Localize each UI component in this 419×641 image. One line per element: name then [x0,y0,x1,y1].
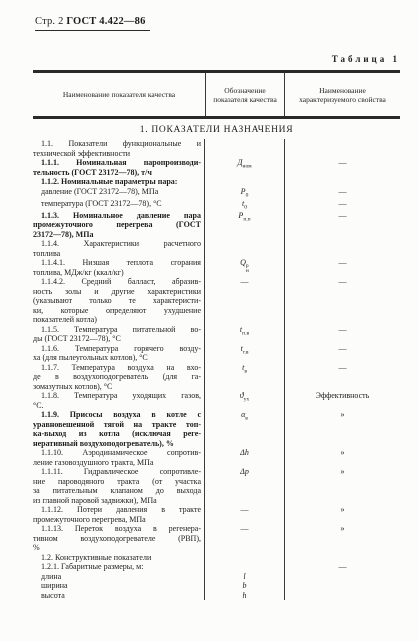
table-row: 1.1.4.1. Низшая теплота сгораниятоплива,… [33,258,400,277]
table-header-row: Наименование показателя качества Обознач… [33,73,400,119]
section-heading: 1. ПОКАЗАТЕЛИ НАЗНАЧЕНИЯ [33,119,400,139]
row-value [285,591,400,601]
row-name: давление (ГОСТ 23172—78), МПа [33,187,205,199]
row-symbol [205,553,285,563]
row-name-line: 1.1.6. Температура горячего возду- [33,344,201,354]
table-row: 1.1.7. Температура воздуха на вхо-де в в… [33,363,400,392]
row-symbol: tп.в [205,325,285,344]
column-header-property-name: Наименование характеризуемого свойства [285,73,400,116]
row-name: 1.1.7. Температура воздуха на вхо-де в в… [33,363,205,392]
row-value: — [285,562,400,572]
row-name-line: 1.1.5. Температура питательной во- [33,325,201,335]
row-name-line: 1.1.2. Номинальные параметры пара: [33,177,201,187]
row-symbol: b [205,581,285,591]
table-row: 1.1.9. Присосы воздуха в котле суравнове… [33,410,400,448]
row-value: — [285,187,400,199]
row-value: » [285,524,400,553]
row-name-line: топлива [33,249,201,259]
row-name-line: ки, которые определяют ухудшение [33,306,201,316]
table-row: ширинаb [33,581,400,591]
row-name: 1.1.11. Гидравлическое сопротивле-ние па… [33,467,205,505]
row-name-line: 23172—78), МПа [33,230,201,240]
row-name-line: 1.2. Конструктивные показатели [33,553,201,563]
row-name-line: де в воздухоподогреватель (для га- [33,372,201,382]
row-name-line: уравновешенной тягой на тракте топ- [33,420,201,430]
row-value [285,553,400,563]
row-name-line: ды (ГОСТ 23172—78), °С [33,334,201,344]
row-name-line: 1.1.8. Температура уходящих газов, [33,391,201,401]
row-name-line: 1.1.13. Переток воздуха в регенера- [33,524,201,534]
row-symbol [205,177,285,187]
row-name-line: 1.1.10. Аэродинамическое сопротив- [33,448,201,458]
row-name-line: ха (для пылеугольных котлов), °С [33,353,201,363]
row-value [285,139,400,158]
row-name-line: зомазутных котлов), °С [33,382,201,392]
row-name-line: неративный воздухоподогреватель), % [33,439,201,449]
row-symbol: — [205,277,285,325]
row-value: » [285,448,400,467]
row-value: — [285,158,400,177]
column-header-indicator-name: Наименование показателя качества [33,73,205,116]
row-name-line: ширина [33,581,201,591]
row-name-line: % [33,543,201,553]
row-value [285,177,400,187]
row-name-line: ление газовоздушного тракта, МПа [33,458,201,468]
row-name: 1.1.13. Переток воздуха в регенера-тивно… [33,524,205,553]
gost-number-label: ГОСТ 4.422—86 [66,16,145,27]
row-value: Эффективность [285,391,400,410]
row-name: 1.1.5. Температура питательной во-ды (ГО… [33,325,205,344]
row-value: — [285,325,400,344]
quality-indicators-table: Наименование показателя качества Обознач… [33,70,400,600]
row-value: » [285,505,400,524]
row-name: 1.1.2. Номинальные параметры пара: [33,177,205,187]
row-name-line: тивном воздухоподогревателе (РВП), [33,534,201,544]
table-row: 1.1.13. Переток воздуха в регенера-тивно… [33,524,400,553]
table-row: давление (ГОСТ 23172—78), МПаP0— [33,187,400,199]
row-name-line: 1.1.4.1. Низшая теплота сгорания [33,258,201,268]
row-symbol: Δp [205,467,285,505]
table-body: 1.1. Показатели функциональные итехничес… [33,139,400,600]
row-name: 1.1.10. Аэродинамическое сопротив-ление … [33,448,205,467]
row-name-line: промежуточного перегрева (ГОСТ [33,220,201,230]
document-page: Стр. 2 ГОСТ 4.422—86 Таблица 1 Наименова… [0,0,419,641]
row-value: — [285,199,400,211]
table-row: 1.2. Конструктивные показатели [33,553,400,563]
table-row: длинаl [33,572,400,582]
row-name: температура (ГОСТ 23172—78), °С [33,199,205,211]
row-value: » [285,467,400,505]
row-name-line: показателей котла) [33,315,201,325]
row-value: — [285,277,400,325]
row-name-line: 1.1.9. Присосы воздуха в котле с [33,410,201,420]
row-name-line: 1.2.1. Габаритные размеры, м: [33,562,201,572]
row-name: длина [33,572,205,582]
row-name: ширина [33,581,205,591]
table-row: 1.1. Показатели функциональные итехничес… [33,139,400,158]
column-header-indicator-symbol: Обозначение показателя качества [205,73,285,116]
row-symbol: P0 [205,187,285,199]
row-symbol [205,239,285,258]
row-value: — [285,344,400,363]
row-name: 1.1.4. Характеристики расчетноготоплива [33,239,205,258]
row-symbol: — [205,505,285,524]
row-value [285,572,400,582]
row-name-line: 1.1.12. Потери давления в тракте [33,505,201,515]
row-symbol [205,139,285,158]
row-name-line: 1.1.1. Номинальная паропроизводи- [33,158,201,168]
table-row: 1.1.8. Температура уходящих газов,°С.ϑух… [33,391,400,410]
row-symbol: tв [205,363,285,392]
row-name: 1.1.9. Присосы воздуха в котле суравнове… [33,410,205,448]
table-row: температура (ГОСТ 23172—78), °Сt0— [33,199,400,211]
table-row: 1.1.12. Потери давления в трактепромежут… [33,505,400,524]
row-name-line: топлива, МДж/кг (ккал/кг) [33,268,201,278]
row-name: 1.1.4.1. Низшая теплота сгораниятоплива,… [33,258,205,277]
table-label: Таблица 1 [332,54,400,64]
row-name: 1.1.8. Температура уходящих газов,°С. [33,391,205,410]
row-name: высота [33,591,205,601]
row-name-line: тельность (ГОСТ 23172—78), т/ч [33,168,201,178]
row-name-line: ка-выход из котла (исключая реге- [33,429,201,439]
table-row: 1.1.4.2. Средний балласт, абразив-ность … [33,277,400,325]
row-name: 1.1.6. Температура горячего возду-ха (дл… [33,344,205,363]
page-number-label: Стр. 2 [35,16,64,27]
row-name-line: 1.1. Показатели функциональные и [33,139,201,149]
row-symbol: αв [205,410,285,448]
row-symbol: Δh [205,448,285,467]
row-value [285,239,400,258]
row-name-line: из главной паровой задвижки), МПа [33,496,201,506]
row-name: 1.2.1. Габаритные размеры, м: [33,562,205,572]
table-row: высотаh [33,591,400,601]
row-symbol: h [205,591,285,601]
table-row: 1.1.10. Аэродинамическое сопротив-ление … [33,448,400,467]
row-name-line: технической эффективности [33,149,201,159]
row-name-line: за питательным клапаном до выхода [33,486,201,496]
row-value: — [285,258,400,277]
row-symbol: ϑух [205,391,285,410]
row-value: — [285,211,400,240]
row-name-line: 1.1.3. Номинальное давление пара [33,211,201,221]
row-value [285,581,400,591]
row-name-line: промежуточного перегрева, МПа [33,515,201,525]
row-name: 1.2. Конструктивные показатели [33,553,205,563]
row-name-line: ние пароводяного тракта (от участка [33,477,201,487]
row-symbol: Pп.п [205,211,285,240]
row-name: 1.1.3. Номинальное давление парапромежут… [33,211,205,240]
row-name: 1.1.1. Номинальная паропроизводи-тельнос… [33,158,205,177]
row-symbol: — [205,524,285,553]
page-number-header: Стр. 2 ГОСТ 4.422—86 [35,16,150,31]
row-value: — [285,363,400,392]
row-name-line: °С. [33,401,201,411]
row-symbol: l [205,572,285,582]
row-name-line: 1.1.11. Гидравлическое сопротивле- [33,467,201,477]
row-symbol: t0 [205,199,285,211]
row-symbol: Дном [205,158,285,177]
row-name: 1.1.4.2. Средний балласт, абразив-ность … [33,277,205,325]
row-symbol: Qрн [205,258,285,277]
table-row: 1.2.1. Габаритные размеры, м:— [33,562,400,572]
table-row: 1.1.6. Температура горячего возду-ха (дл… [33,344,400,363]
row-symbol: tг.в [205,344,285,363]
row-name-line: (указывают только те характеристи- [33,296,201,306]
row-name: 1.1.12. Потери давления в трактепромежут… [33,505,205,524]
table-row: 1.1.4. Характеристики расчетноготоплива [33,239,400,258]
row-name-line: 1.1.7. Температура воздуха на вхо- [33,363,201,373]
row-name-line: высота [33,591,201,601]
row-value: » [285,410,400,448]
row-name-line: давление (ГОСТ 23172—78), МПа [33,187,201,197]
row-name-line: ность золы и другие характеристики [33,287,201,297]
table-row: 1.1.3. Номинальное давление парапромежут… [33,211,400,240]
table-row: 1.1.1. Номинальная паропроизводи-тельнос… [33,158,400,177]
row-name-line: 1.1.4.2. Средний балласт, абразив- [33,277,201,287]
row-name-line: длина [33,572,201,582]
row-name: 1.1. Показатели функциональные итехничес… [33,139,205,158]
table-row: 1.1.11. Гидравлическое сопротивле-ние па… [33,467,400,505]
row-symbol [205,562,285,572]
row-name-line: 1.1.4. Характеристики расчетного [33,239,201,249]
row-name-line: температура (ГОСТ 23172—78), °С [33,199,201,209]
table-row: 1.1.5. Температура питательной во-ды (ГО… [33,325,400,344]
table-row: 1.1.2. Номинальные параметры пара: [33,177,400,187]
